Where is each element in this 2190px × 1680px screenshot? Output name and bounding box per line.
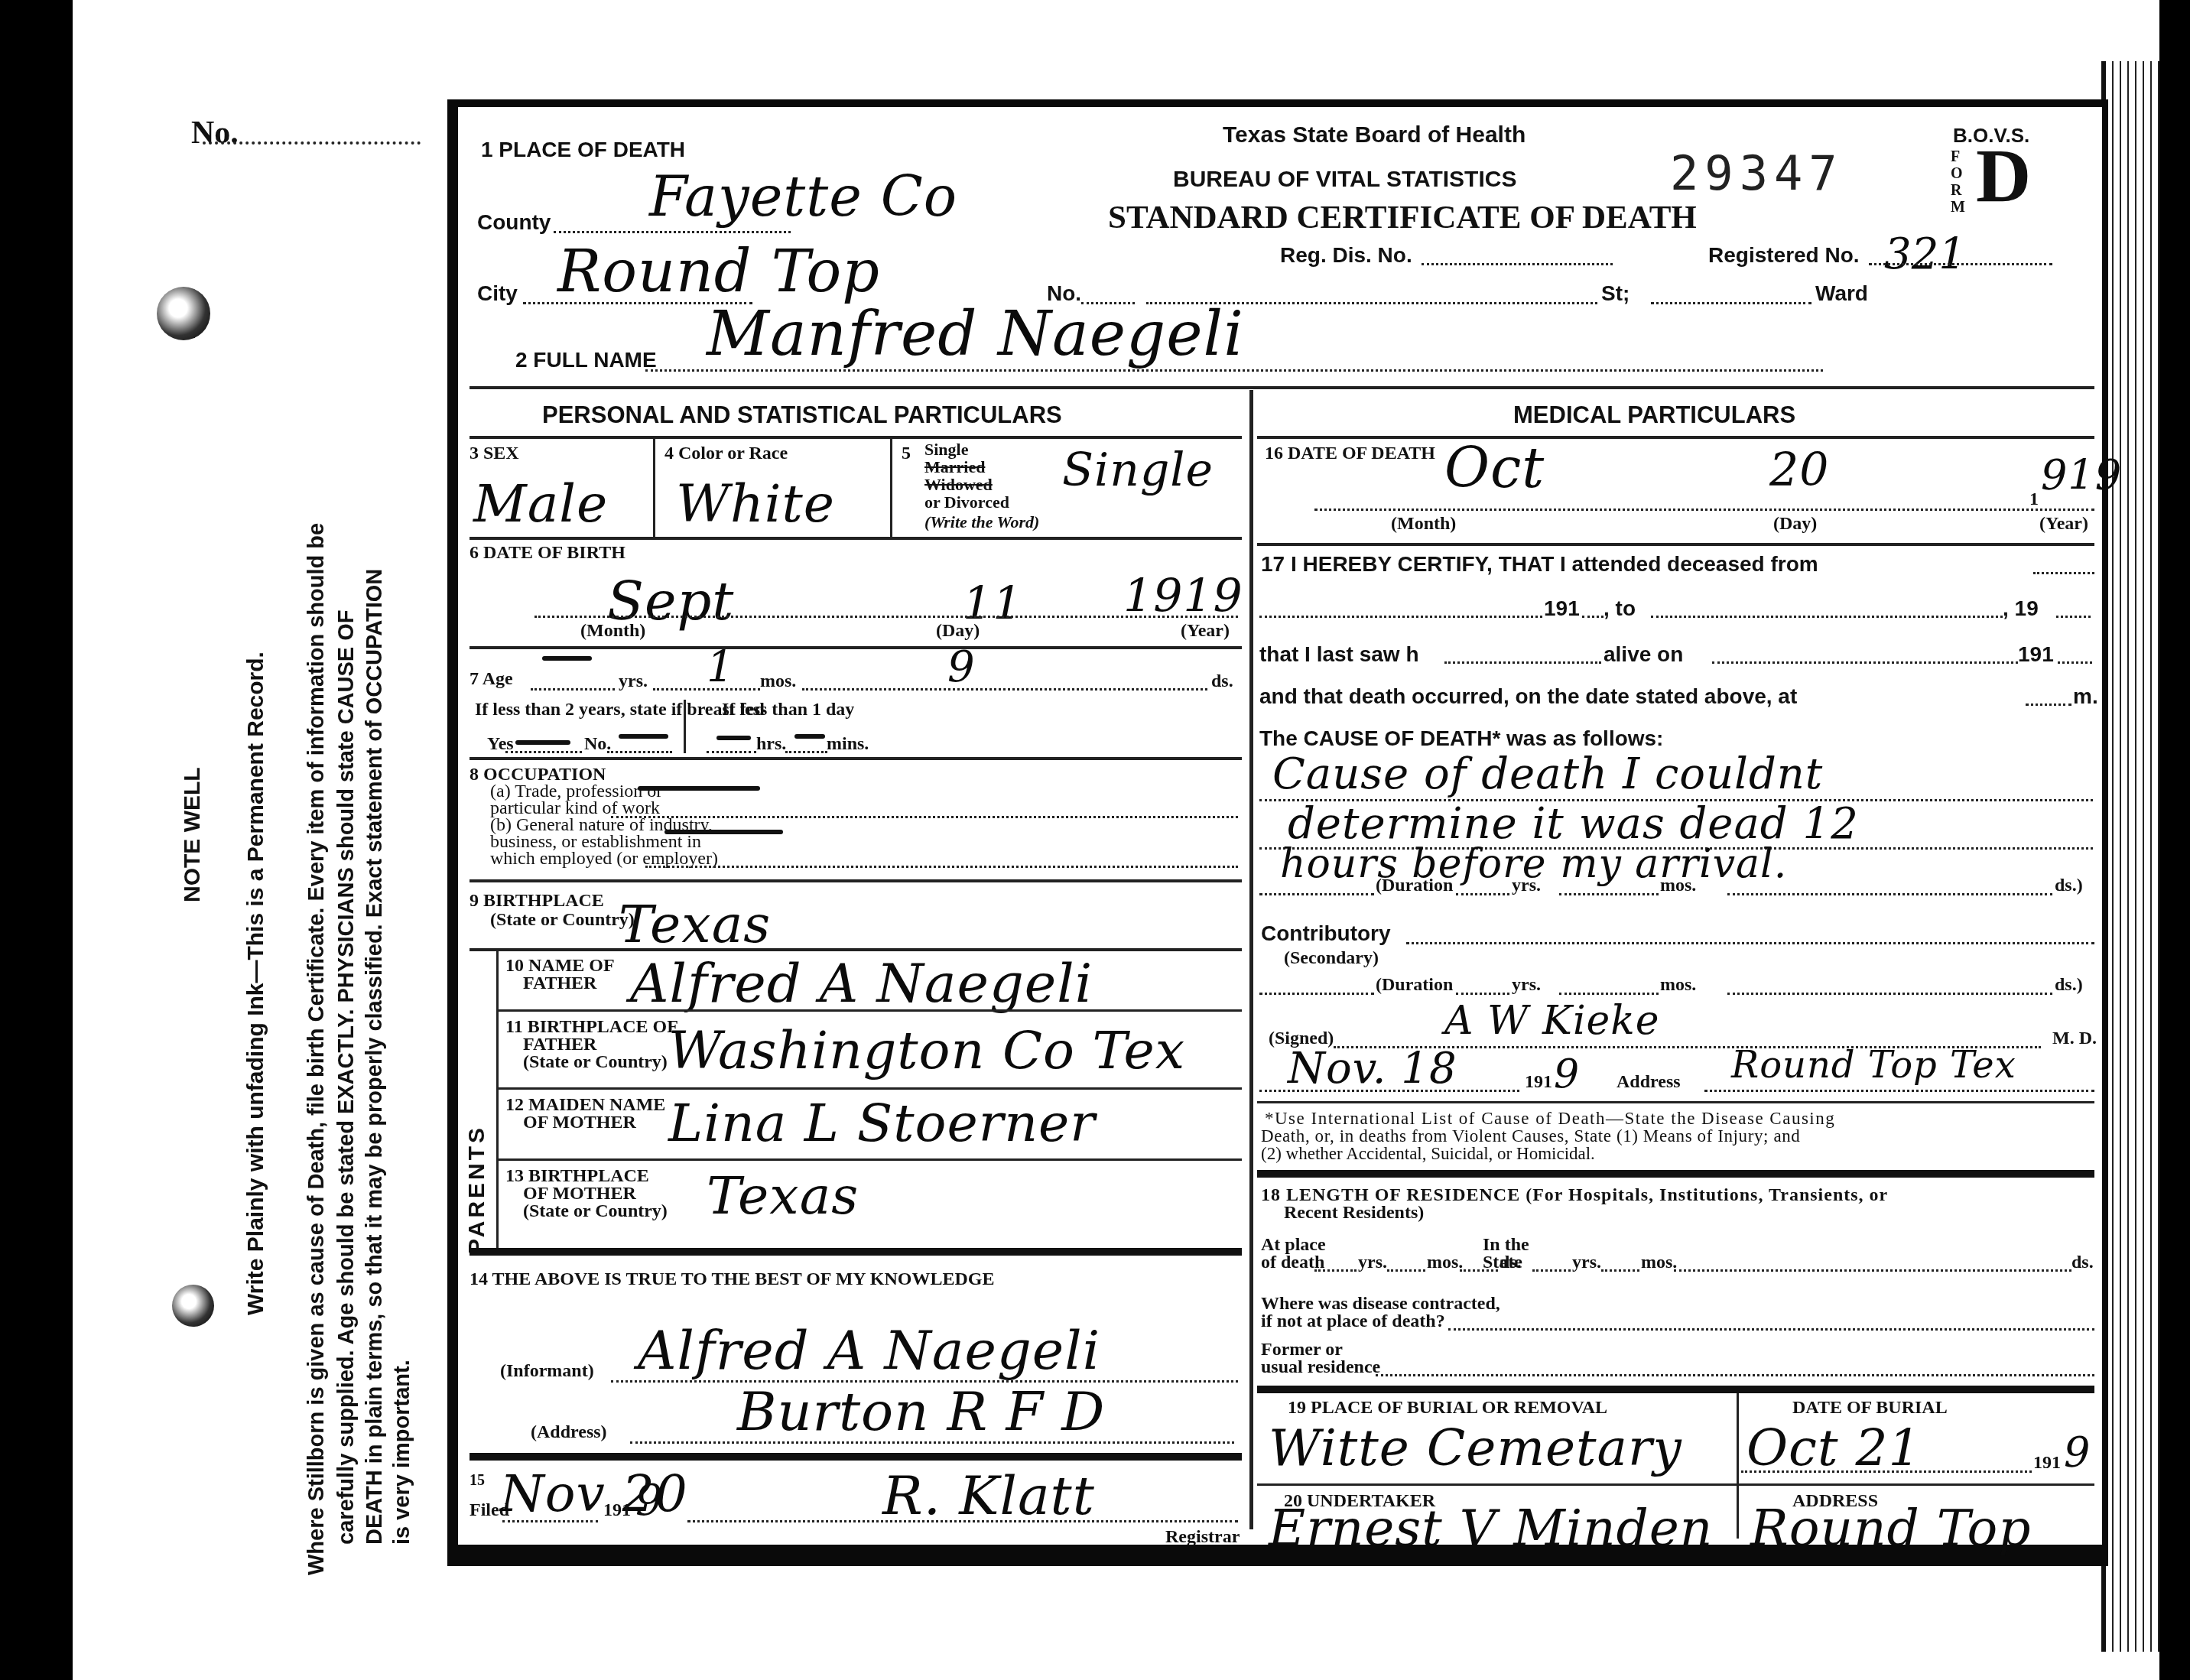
ward-field[interactable] [1651,302,1811,304]
breastfed-yes-line [505,751,582,753]
occupation-a-dash[interactable] [638,786,760,791]
race-label: 4 Color or Race [664,444,788,464]
stub-instruction-line-4: is very important. [390,1360,415,1545]
stub-instruction-line-2: carefully supplied. Age should be stated… [334,609,359,1545]
cause-duration-mos[interactable] [1559,893,1659,895]
at-place-yrs[interactable] [1314,1269,1357,1272]
physician-address-value[interactable]: Round Top Tex [1731,1044,2016,1087]
parents-divider [496,950,499,1256]
full-name-line [645,369,1823,372]
cause-duration-label: (Duration [1376,876,1453,896]
certificate-number: 29347 [1670,145,1844,201]
filed-num: 15 [470,1472,485,1490]
marital-option-divorced: or Divorced [924,492,1009,512]
age-ds-value[interactable]: 9 [947,642,976,692]
in-state-mos-label: mos. [1641,1253,1677,1273]
signed-date[interactable]: Nov. 18 [1288,1044,1457,1093]
certify-19: , 19 [2003,596,2039,621]
marital-num: 5 [902,444,911,464]
physician-signature[interactable]: A W Kieke [1444,998,1660,1044]
occurred-m: m. [2073,684,2098,709]
bureau-title: BUREAU OF VITAL STATISTICS [1173,167,1516,193]
medical-rule-3 [1257,1170,2094,1178]
medical-rule-4 [1257,1386,2094,1393]
at-place-mos[interactable] [1387,1269,1425,1272]
cause-label: The CAUSE OF DEATH* was as follows: [1259,726,1663,751]
form-letter: D [1976,138,2031,214]
dob-day-caption: (Day) [936,621,980,642]
row-rule-5 [470,948,1242,951]
hrs-dash[interactable] [716,736,751,740]
center-divider [1249,390,1253,1529]
full-name-value[interactable]: Manfred Naegeli [707,298,1244,369]
contributory-duration-line [1259,993,1374,995]
breastfed-no-line [607,751,672,753]
county-line [554,231,791,233]
ward-label: Ward [1815,281,1868,306]
registrar-line [687,1520,1238,1522]
former-residence-field[interactable] [1376,1374,2094,1376]
contributory-duration-yrs-label: yrs. [1512,975,1541,996]
father-name-label-2: FATHER [523,973,596,994]
certify-191-field[interactable] [1582,616,1604,618]
age-yrs-label: yrs. [619,671,648,692]
informant-statement: 14 THE ABOVE IS TRUE TO THE BEST OF MY K… [470,1269,994,1290]
contracted-label-2: if not at place of death? [1261,1311,1445,1332]
registrar-label: Registrar [1165,1527,1240,1548]
former-residence-label-2: usual residence [1261,1357,1380,1378]
medical-heading-rule [1257,436,2094,439]
md-label: M. D. [2052,1028,2097,1049]
birthplace-label: 9 BIRTHPLACE [470,891,604,911]
secondary-label: (Secondary) [1284,948,1379,969]
row-rule-4 [470,879,1242,882]
occurred-label: and that death occurred, on the date sta… [1259,684,1797,709]
residence-label-2: Recent Residents) [1284,1203,1424,1223]
dod-month[interactable]: Oct [1444,436,1545,500]
last-saw-label: that I last saw h [1259,642,1419,667]
certify-to-field[interactable] [1651,616,2003,618]
dob-label: 6 DATE OF BIRTH [470,543,625,564]
undertaker-value[interactable]: Ernest V Minden [1269,1499,1713,1558]
reg-dis-label: Reg. Dis. No. [1280,243,1412,268]
sex-race-divider [653,437,655,537]
parents-side-label: PARENTS [464,1125,490,1254]
medical-rule-1 [1257,543,2094,546]
certify-191: 191 [1544,596,1580,621]
birthplace-sub: (State or Country) [490,910,635,931]
marital-hint: (Write the Word) [924,512,1039,532]
contributory-duration-ds-label: ds.) [2055,975,2083,996]
undertaker-address-value[interactable]: Round Top [1750,1499,2032,1558]
contributory-duration-label: (Duration [1376,975,1453,996]
city-value[interactable]: Round Top [557,237,880,305]
form-vertical-label: FORM [1951,148,1964,216]
father-birthplace-value[interactable]: Washington Co Tex [668,1021,1185,1081]
hrs-line [707,751,756,753]
mother-maiden-value[interactable]: Lina L Stoerner [668,1093,1096,1154]
age-mos-value[interactable]: 1 [707,642,735,692]
mins-line [785,751,827,753]
stub-instruction-line-3: DEATH in plain terms, so that it may be … [362,569,388,1545]
dod-label: 16 DATE OF DEATH [1265,444,1435,464]
parents-bottom-rule [470,1248,1242,1256]
burial-year-suffix[interactable]: 9 [2064,1428,2091,1477]
burial-date-label: DATE OF BURIAL [1792,1398,1948,1418]
certificate-title: STANDARD CERTIFICATE OF DEATH [1108,199,1697,236]
cause-duration-line [1259,893,1374,895]
at-place-mos-label: mos. [1427,1253,1463,1273]
contributory-label: Contributory [1261,921,1391,946]
contracted-field[interactable] [1448,1328,2094,1331]
reg-dis-field[interactable] [1422,263,1613,265]
marital-value[interactable]: Single [1062,444,1214,497]
scan-edge-right [2159,0,2190,1680]
certify-19-field[interactable] [2056,616,2091,618]
breastfed-yes-dash[interactable] [515,740,570,745]
alive-191-field[interactable] [2058,661,2092,664]
burial-date-line [1741,1470,2032,1473]
alive-on-label: alive on [1604,642,1683,667]
row-rule-7 [498,1087,1242,1090]
in-state-yrs-label: yrs. [1572,1253,1601,1273]
certify-to: , to [1604,596,1636,621]
registered-no-label: Registered No. [1708,243,1860,268]
age-mos-label: mos. [760,671,796,692]
race-marital-divider [890,437,892,537]
dod-year[interactable]: 919 [2041,451,2122,499]
in-state-ds[interactable] [1674,1269,2071,1272]
age-ds-label: ds. [1211,671,1233,692]
contributory-duration-yrs[interactable] [1456,993,1509,995]
burial-date-value[interactable]: Oct 21 [1746,1418,1922,1477]
filed-year-suffix[interactable]: 9 [635,1476,664,1526]
in-state-yrs[interactable] [1532,1269,1571,1272]
at-place-yrs-label: yrs. [1358,1253,1387,1273]
informant-value[interactable]: Alfred A Naegeli [638,1319,1100,1382]
registered-no-line [1869,263,2052,265]
burial-year-prefix: 191 [2033,1453,2061,1474]
medical-rule-2 [1257,1101,2094,1103]
father-name-value[interactable]: Alfred A Naegeli [630,952,1093,1015]
dod-line [1314,509,2094,511]
dod-day-caption: (Day) [1773,514,1817,535]
row-rule-8 [498,1158,1242,1161]
stub-number-label: No. [191,115,239,151]
last-saw-field[interactable] [1444,661,1601,664]
dod-year-caption: (Year) [2039,514,2088,535]
physician-address-line [1704,1090,2094,1092]
stub-write-plainly: Write Plainly with unfading Ink—This is … [243,652,269,1315]
cause-duration-yrs[interactable] [1456,893,1509,895]
scan-edge-left [0,0,73,1680]
burial-place-value[interactable]: Witte Cemetary [1269,1418,1682,1477]
birthplace-value[interactable]: Texas [619,895,771,955]
contributory-duration-mos[interactable] [1559,993,1659,995]
dod-year-prefix: 1 [2029,489,2039,510]
stub-note-well: NOTE WELL [180,767,206,902]
sex-value[interactable]: Male [473,474,608,535]
father-birthplace-label-3: (State or Country) [523,1052,668,1073]
alive-191-label: 191 [2018,642,2054,667]
breastfed-no-dash[interactable] [619,734,668,739]
medical-heading: MEDICAL PARTICULARS [1513,401,1795,429]
mins-dash[interactable] [794,734,825,739]
signed-date-line [1259,1090,1519,1092]
place-of-death-label: 1 PLACE OF DEATH [481,138,685,162]
certify-from-field[interactable] [2033,572,2094,574]
hrs-label: hrs. [756,734,786,755]
paper-stack-edge [2101,61,2159,1652]
footnote-line-3: (2) whether Accidental, Suicidal, or Hom… [1261,1144,1595,1164]
certify-from-date[interactable] [1259,616,1542,618]
full-name-label: 2 FULL NAME [515,348,657,372]
row-rule-3 [470,757,1242,760]
mother-birthplace-value[interactable]: Texas [707,1166,859,1227]
sex-label: 3 SEX [470,444,519,464]
cause-duration-yrs-label: yrs. [1512,876,1541,896]
hole-punch-top [157,287,210,340]
informant-address-value[interactable]: Burton R F D [737,1380,1106,1443]
stub-instruction-line-1: Where Stillborn is given as cause of Dea… [304,523,330,1575]
age-yrs-dash[interactable] [542,656,592,661]
row-rule-1 [470,537,1242,540]
alive-on-field[interactable] [1712,661,2018,664]
lessday-label: If less than 1 day [722,700,854,720]
mother-maiden-label-2: OF MOTHER [523,1113,636,1133]
filed-year-prefix: 191 [603,1500,631,1521]
header-divider [470,386,2094,389]
breastfed-divider [684,700,686,753]
dob-month-caption: (Month) [580,621,645,642]
age-yrs-line [531,688,615,691]
mother-birthplace-label-3: (State or Country) [523,1201,668,1222]
mins-label: mins. [827,734,869,755]
hole-punch-bottom [172,1285,214,1327]
board-title: Texas State Board of Health [1223,122,1526,148]
in-state-mos[interactable] [1601,1269,1639,1272]
city-label: City [477,281,518,306]
in-state-label-2: State [1483,1253,1522,1273]
cause-line-1[interactable]: Cause of death I couldnt [1272,749,1823,799]
certify-line-1: 17 I HEREBY CERTIFY, THAT I attended dec… [1261,552,1818,577]
street-label: St; [1601,281,1630,306]
informant-address-line [630,1441,1234,1444]
age-mos-line [653,688,760,691]
occurred-time-field[interactable] [2026,704,2071,706]
row-rule-2 [470,646,1242,649]
burial-rule [1257,1483,2094,1486]
informant-bottom-rule [470,1453,1242,1461]
cause-duration-mos-label: mos. [1660,876,1696,896]
stub-number-field[interactable] [203,141,421,145]
row-rule-6 [498,1009,1242,1012]
occupation-b-dash[interactable] [664,830,783,834]
registered-no-value[interactable]: 321 [1884,229,1966,279]
occupation-b-line [645,866,1238,868]
dod-month-caption: (Month) [1391,514,1456,535]
dob-line [535,616,1238,618]
in-state-ds-label: ds. [2071,1253,2094,1273]
cause-duration-ds-label: ds.) [2055,876,2083,896]
dod-day[interactable]: 20 [1769,444,1829,497]
burial-divider [1737,1393,1739,1539]
cause-duration-ds[interactable] [1727,893,2052,895]
county-value[interactable]: Fayette Co [649,164,957,229]
death-certificate-form: Texas State Board of Health BUREAU OF VI… [447,99,2108,1566]
registrar-signature[interactable]: R. Klatt [882,1464,1095,1527]
informant-address-label: (Address) [531,1422,607,1443]
personal-heading-rule [470,436,1242,439]
filed-date-line [502,1520,598,1522]
contributory-field[interactable] [1406,942,2094,944]
dob-year-caption: (Year) [1181,621,1230,642]
signed-year-suffix[interactable]: 9 [1554,1051,1580,1097]
informant-label: (Informant) [500,1361,594,1382]
personal-heading: PERSONAL AND STATISTICAL PARTICULARS [542,401,1062,429]
contributory-duration-ds[interactable] [1727,993,2052,995]
contributory-duration-mos-label: mos. [1660,975,1696,996]
signed-year-prefix: 191 [1525,1072,1552,1093]
age-label: 7 Age [470,669,513,690]
physician-address-label: Address [1617,1072,1681,1093]
county-label: County [477,210,551,235]
race-value[interactable]: White [676,474,835,535]
age-ds-line [802,688,1207,691]
burial-place-label: 19 PLACE OF BURIAL OR REMOVAL [1288,1398,1607,1418]
